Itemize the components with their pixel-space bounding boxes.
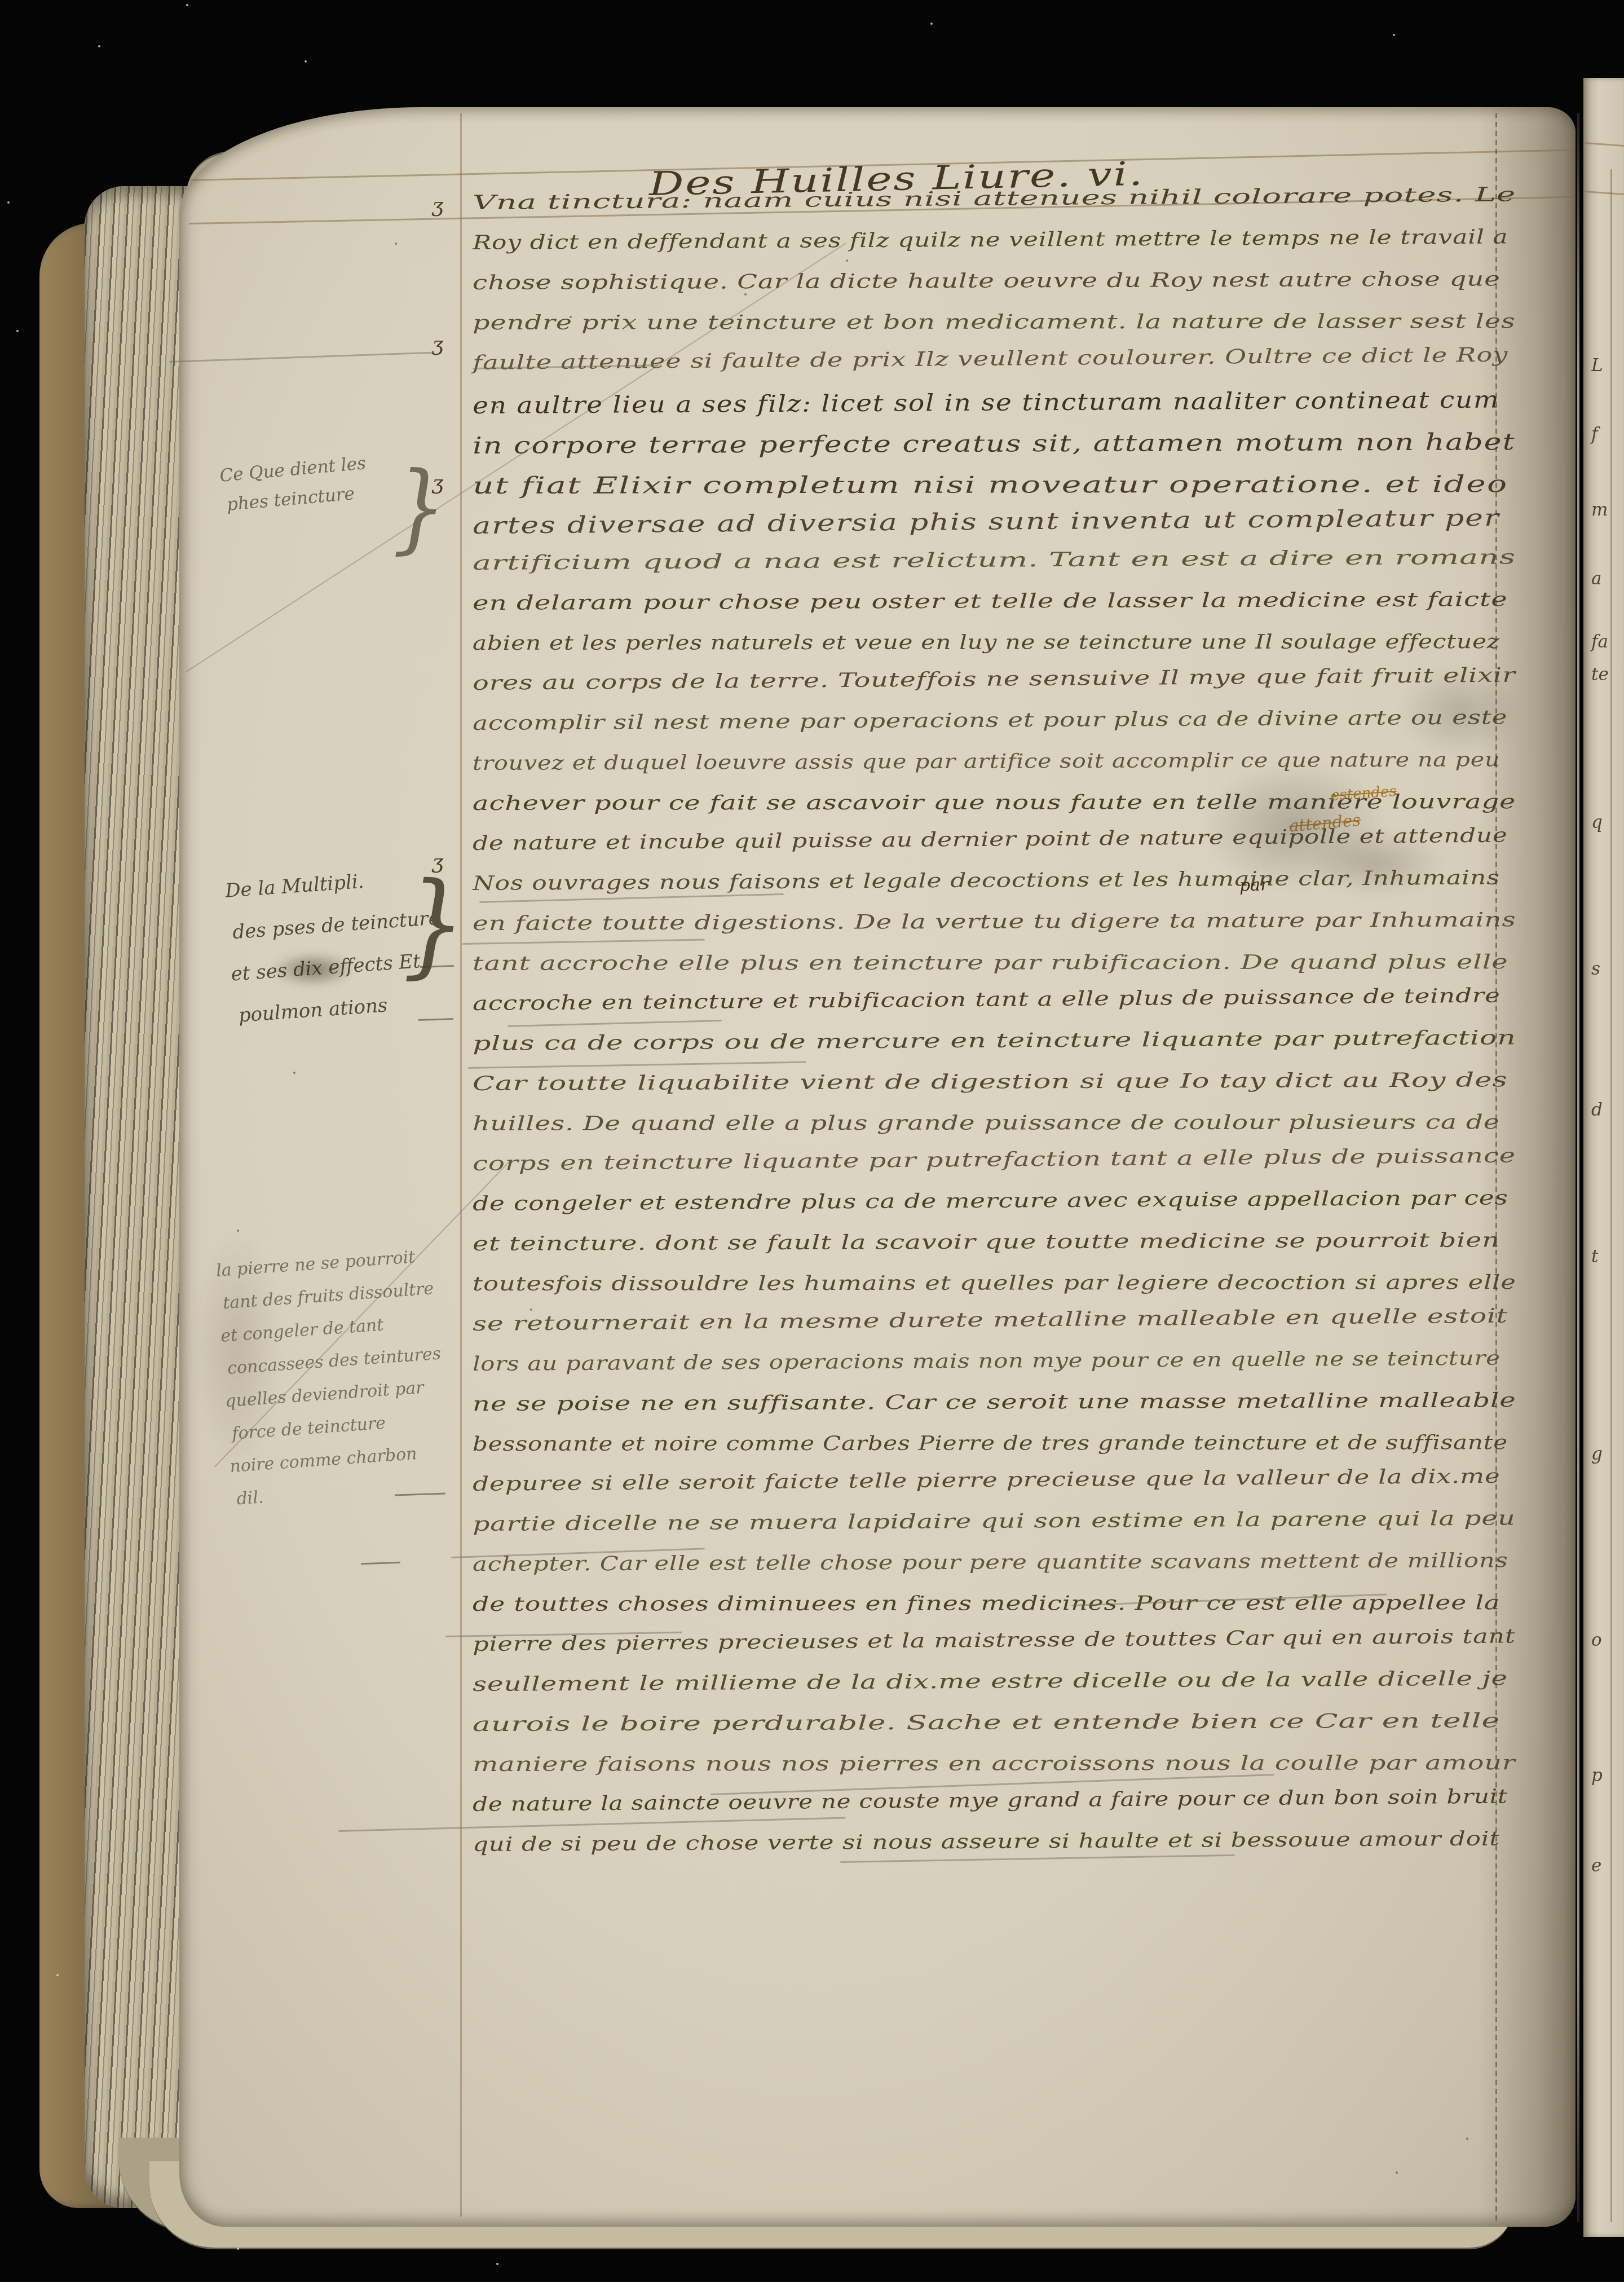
ink-speck (677, 1720, 679, 1722)
ink-speck (536, 282, 538, 284)
dust-speck (930, 23, 933, 25)
pencil-scratch (338, 1817, 846, 1832)
ink-smudge (1308, 829, 1444, 897)
ink-speck (530, 1309, 532, 1311)
ink-speck (496, 406, 498, 408)
pencil-scratch (473, 364, 659, 369)
page-decorations (0, 0, 1624, 2282)
dust-speck (496, 2263, 498, 2265)
ink-speck (395, 243, 397, 245)
pencil-scratch (479, 893, 784, 903)
dust-speck (7, 201, 10, 204)
dust-speck (98, 45, 100, 47)
pencil-scratch (840, 1854, 1235, 1863)
ink-speck (570, 316, 572, 318)
dust-speck (56, 1974, 59, 1976)
pencil-scratch (169, 352, 434, 363)
pencil-scratch (445, 1632, 682, 1637)
dust-speck (1393, 34, 1395, 36)
ink-smudge (192, 1230, 282, 1466)
pencil-scratch (468, 1061, 806, 1069)
dust-speck (237, 2248, 239, 2250)
ink-smudge (271, 952, 355, 987)
pencil-scratch (507, 1020, 722, 1027)
ink-speck (1466, 2138, 1468, 2140)
dust-speck (186, 4, 188, 6)
ink-speck (293, 1072, 295, 1074)
ink-speck (237, 1230, 239, 1232)
ink-speck (846, 259, 848, 262)
pencil-scratch (1071, 1593, 1387, 1606)
ink-speck (744, 293, 747, 296)
ink-speck (1396, 2171, 1398, 2174)
pencil-scratch (451, 1548, 705, 1558)
ink-smudge (1398, 666, 1522, 756)
manuscript-photo: Des Huilles Liure. vi. Vna tinctura: naa… (0, 0, 1624, 2282)
pencil-scratch (710, 1774, 1274, 1795)
crease-line (186, 243, 846, 672)
dust-speck (16, 330, 19, 332)
pencil-scratch (462, 939, 705, 945)
dust-speck (304, 60, 307, 63)
